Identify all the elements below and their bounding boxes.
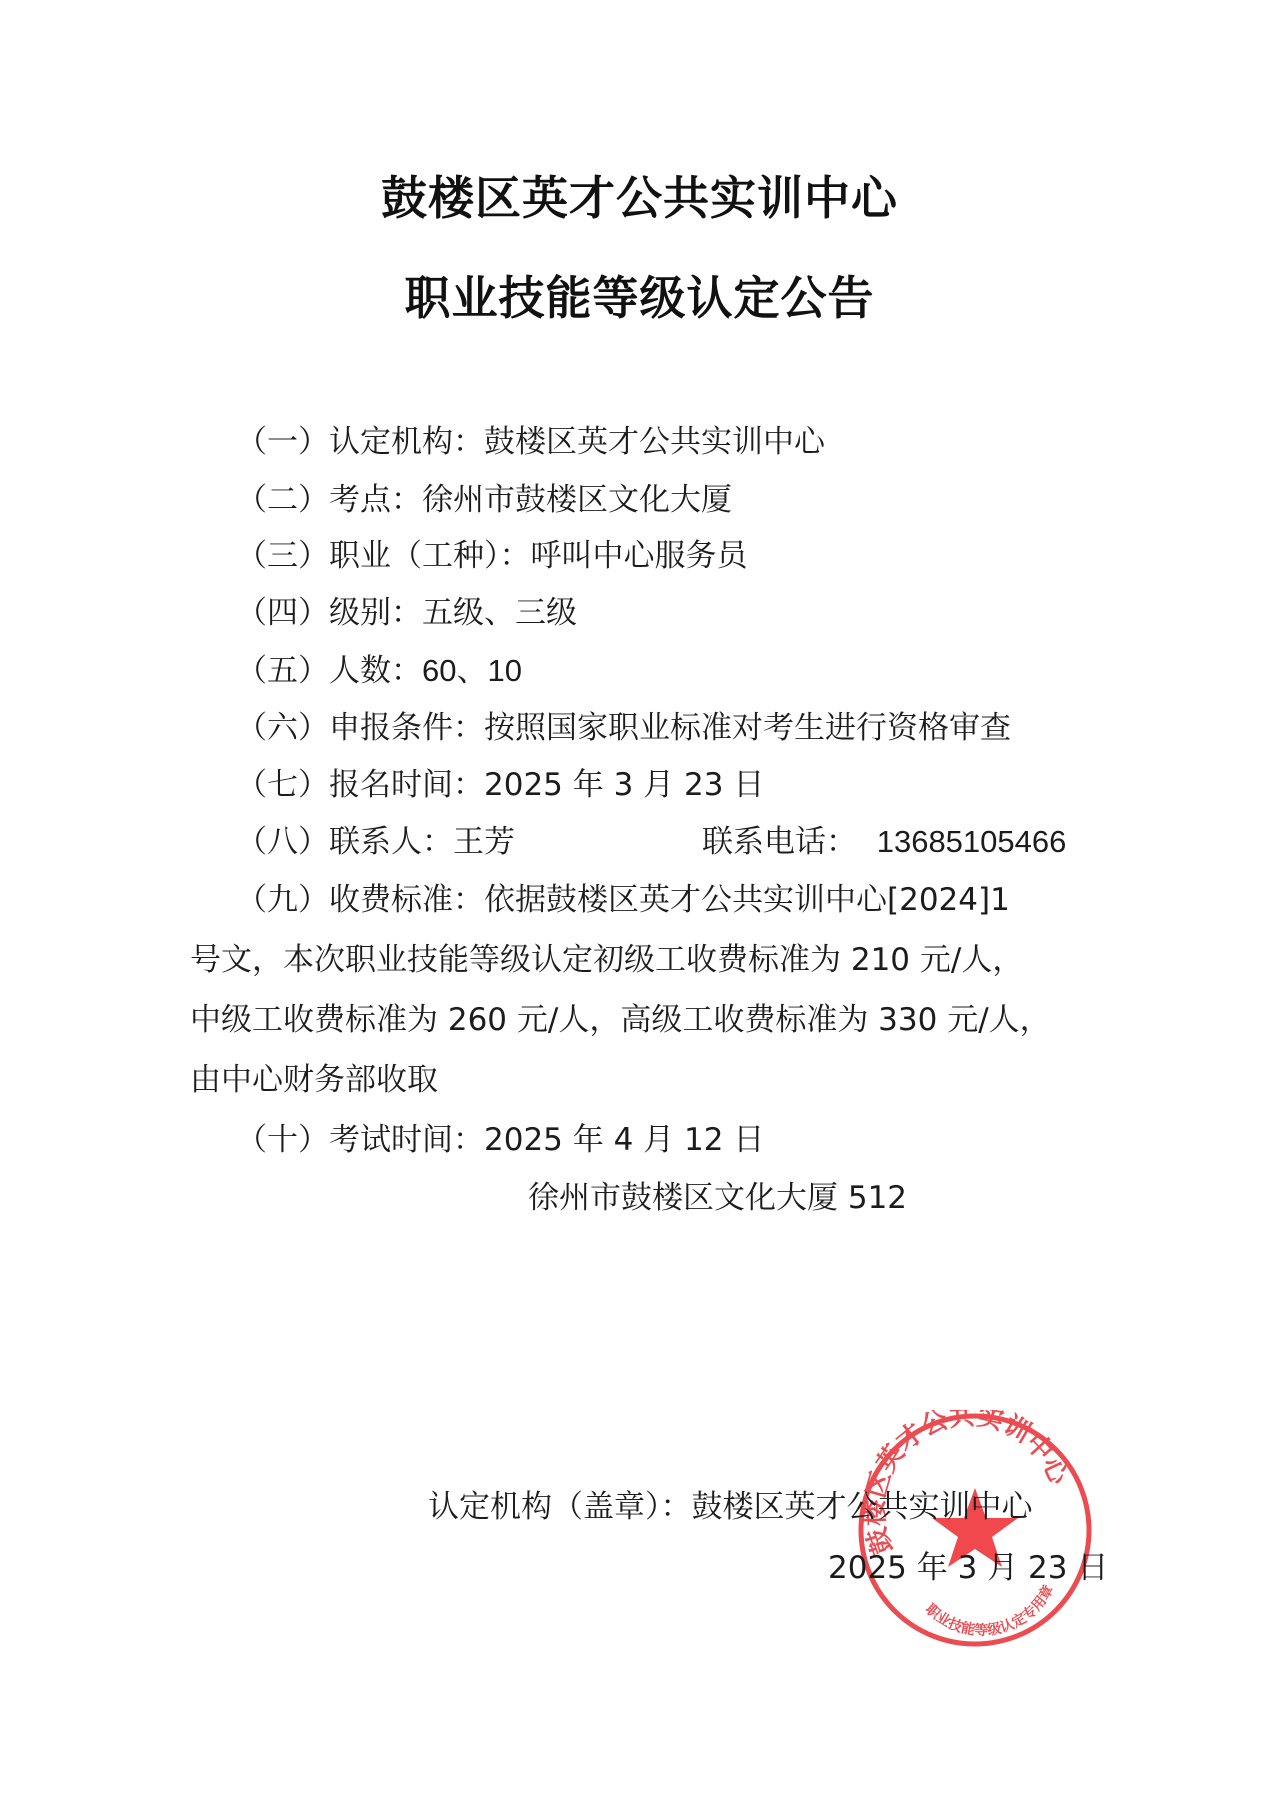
svg-text:职业技能等级认定专用章: 职业技能等级认定专用章 <box>922 1582 1057 1639</box>
item-label: （八）联系人： <box>236 824 453 860</box>
exam-location: 徐州市鼓楼区文化大厦 512 <box>528 1178 907 1218</box>
seal-inner-text: 职业技能等级认定专用章 <box>922 1582 1057 1639</box>
fee-continuation-line: 中级工收费标准为 260 元/人，高级工收费标准为 330 元/人， <box>190 1000 1051 1040</box>
item-label: （六）申报条件： <box>236 710 484 746</box>
item-label: （四）级别： <box>236 595 422 631</box>
item-registration-date: （七）报名时间：2025 年 3 月 23 日 <box>236 765 764 805</box>
item-headcount: （五）人数：60、10 <box>236 651 522 691</box>
item-label: （三）职业（工种）： <box>236 538 531 574</box>
document-title-line1: 鼓楼区英才公共实训中心 <box>0 162 1279 228</box>
seal-outer-text: 鼓楼区英才公共实训中心 <box>860 1410 1074 1558</box>
contact-name: 王芳 <box>453 824 515 860</box>
phone-label: 联系电话： <box>702 824 857 860</box>
item-certifying-body: （一）认定机构：鼓楼区英才公共实训中心 <box>236 422 825 462</box>
item-label: （一）认定机构： <box>236 424 484 460</box>
item-label: （五）人数： <box>236 653 422 689</box>
item-value: 按照国家职业标准对考生进行资格审查 <box>484 710 1011 746</box>
document-title-line2: 职业技能等级认定公告 <box>0 262 1279 328</box>
item-value: 五级、三级 <box>422 595 577 631</box>
item-value: 2025 年 3 月 23 日 <box>484 767 764 803</box>
item-contact: （八）联系人：王芳 <box>236 822 515 862</box>
item-value: 鼓楼区英才公共实训中心 <box>484 424 825 460</box>
fee-continuation-line: 号文，本次职业技能等级认定初级工收费标准为 210 元/人， <box>190 940 1023 980</box>
item-eligibility: （六）申报条件：按照国家职业标准对考生进行资格审查 <box>236 708 1011 748</box>
item-contact-phone: 联系电话： 13685105466 <box>702 822 1066 862</box>
item-value: 依据鼓楼区英才公共实训中心[2024]1 <box>484 882 1010 918</box>
item-value: 60、10 <box>422 653 522 688</box>
item-exam-date: （十）考试时间：2025 年 4 月 12 日 <box>236 1120 764 1160</box>
signature-date: 2025 年 3 月 23 日 <box>828 1548 1108 1588</box>
item-label: （七）报名时间： <box>236 767 484 803</box>
signature-org-label: 认定机构（盖章）： <box>428 1489 692 1525</box>
signature-org: 认定机构（盖章）：鼓楼区英才公共实训中心 <box>428 1487 1033 1527</box>
item-exam-site: （二）考点：徐州市鼓楼区文化大厦 <box>236 480 732 520</box>
item-level: （四）级别：五级、三级 <box>236 593 577 633</box>
item-value: 呼叫中心服务员 <box>531 538 748 574</box>
item-value: 徐州市鼓楼区文化大厦 <box>422 482 732 518</box>
item-label: （九）收费标准： <box>236 882 484 918</box>
phone-value: 13685105466 <box>877 824 1067 859</box>
item-occupation: （三）职业（工种）：呼叫中心服务员 <box>236 536 748 576</box>
signature-org-value: 鼓楼区英才公共实训中心 <box>692 1489 1033 1525</box>
official-seal-icon: 鼓楼区英才公共实训中心 职业技能等级认定专用章 <box>855 1410 1095 1650</box>
item-fee-standard: （九）收费标准：依据鼓楼区英才公共实训中心[2024]1 <box>236 880 1010 920</box>
item-label: （十）考试时间： <box>236 1122 484 1158</box>
item-value: 2025 年 4 月 12 日 <box>484 1122 764 1158</box>
item-label: （二）考点： <box>236 482 422 518</box>
svg-text:鼓楼区英才公共实训中心: 鼓楼区英才公共实训中心 <box>860 1410 1074 1558</box>
fee-continuation-line: 由中心财务部收取 <box>190 1060 438 1100</box>
